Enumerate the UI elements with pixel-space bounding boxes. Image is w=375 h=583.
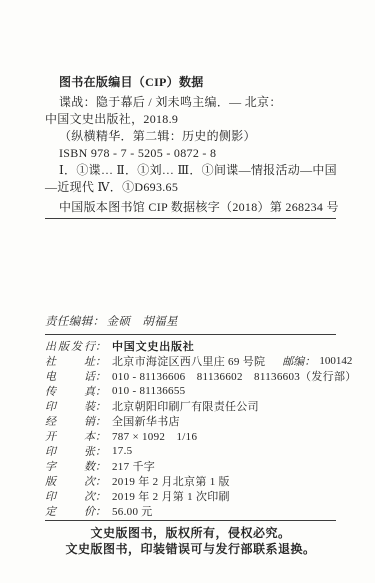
colon: ： (95, 413, 106, 429)
postal-code-label: 邮编 (282, 353, 304, 369)
cip-line-record-number: 中国版本图书馆 CIP 数据核字（2018）第 268234 号 (45, 199, 336, 216)
returns-notice: 文史版图书，印装错误可与发行部联系退换。 (45, 541, 336, 557)
colon: ： (95, 428, 106, 444)
info-value: 中国文史出版社 (112, 338, 195, 354)
postal-code: 邮编：100142 (282, 353, 352, 369)
info-label: 定价 (45, 503, 95, 519)
info-row-publisher: 出版发行：中国文史出版社 (45, 338, 336, 353)
info-value: 56.00 元 (112, 503, 153, 519)
divider (45, 218, 336, 219)
cip-line: 中国文史出版社，2018.9 (45, 111, 336, 128)
colon: ： (95, 368, 106, 384)
info-row-format: 开本：787 × 1092 1/16 (45, 428, 336, 443)
info-label: 印张 (45, 443, 95, 459)
publication-info: 出版发行：中国文史出版社 社址：北京市海淀区西八里庄 69 号院 邮编：1001… (45, 338, 336, 518)
copyright-page: { "punct": { "colon": "：" }, "cip": { "h… (0, 0, 375, 583)
info-value: 2019 年 2 月北京第 1 版 (112, 473, 230, 489)
info-value: 217 千字 (112, 458, 155, 474)
info-row-sheets: 印张：17.5 (45, 443, 336, 458)
info-label: 字数 (45, 458, 95, 474)
info-row-address: 社址：北京市海淀区西八里庄 69 号院 邮编：100142 (45, 353, 336, 368)
info-label: 版次 (45, 473, 95, 489)
info-row-phone: 电话：010 - 81136606 81136602 81136603（发行部） (45, 368, 336, 383)
info-label: 电话 (45, 368, 95, 384)
info-value: 2019 年 2 月第 1 次印刷 (112, 488, 230, 504)
editors-row: 责任编辑：金硕 胡福星 (45, 314, 336, 330)
info-label: 传真 (45, 383, 95, 399)
colon: ： (95, 488, 106, 504)
info-row-price: 定价：56.00 元 (45, 503, 336, 518)
info-row-edition: 版次：2019 年 2 月北京第 1 版 (45, 473, 336, 488)
colon: ： (95, 458, 106, 474)
cip-heading: 图书在版编目（CIP）数据 (45, 74, 336, 91)
info-row-distribution: 经销：全国新华书店 (45, 413, 336, 428)
info-value: 17.5 (112, 445, 132, 457)
colon: ： (93, 316, 105, 328)
colon: ： (95, 383, 106, 399)
divider (45, 334, 336, 335)
colon: ： (95, 473, 106, 489)
info-value: 北京朝阳印刷厂有限责任公司 (112, 398, 259, 414)
info-label: 印装 (45, 398, 95, 414)
info-value: 010 - 81136606 81136602 81136603（发行部） (112, 368, 357, 384)
colon: ： (95, 503, 106, 519)
info-value: 全国新华书店 (112, 413, 180, 429)
editors-names: 金硕 胡福星 (107, 316, 178, 328)
info-row-impression: 印次：2019 年 2 月第 1 次印刷 (45, 488, 336, 503)
colon: ： (95, 398, 106, 414)
info-value: 787 × 1092 1/16 (112, 428, 197, 444)
info-label: 印次 (45, 488, 95, 504)
postal-code-value: 100142 (319, 355, 352, 367)
cip-line-isbn: ISBN 978 - 7 - 5205 - 0872 - 8 (45, 145, 336, 162)
info-label: 社址 (45, 353, 95, 369)
cip-line: （纵横精华．第二辑：历史的侧影） (45, 128, 336, 145)
info-value: 北京市海淀区西八里庄 69 号院 (112, 353, 265, 369)
cip-line-classification: Ⅰ．①谍… Ⅱ．①刘… Ⅲ．①间谍—情报活动—中国 (45, 162, 336, 179)
colon: ： (95, 338, 106, 354)
info-row-fax: 传真：010 - 81136655 (45, 383, 336, 398)
page-content: 图书在版编目（CIP）数据 谍战：隐于幕后 / 刘未鸣主编．— 北京： 中国文史… (45, 0, 336, 557)
editors-label: 责任编辑 (45, 316, 93, 328)
info-label: 出版发行 (45, 338, 95, 354)
info-row-printing: 印装：北京朝阳印刷厂有限责任公司 (45, 398, 336, 413)
info-label: 经销 (45, 413, 95, 429)
cip-line-classification: —近现代 Ⅳ．①D693.65 (45, 179, 336, 196)
copyright-notice: 文史版图书，版权所有，侵权必究。 (45, 525, 336, 541)
colon: ： (95, 443, 106, 459)
info-row-word-count: 字数：217 千字 (45, 458, 336, 473)
notices: 文史版图书，版权所有，侵权必究。 文史版图书，印装错误可与发行部联系退换。 (45, 525, 336, 557)
cip-block: 图书在版编目（CIP）数据 谍战：隐于幕后 / 刘未鸣主编．— 北京： 中国文史… (45, 74, 336, 216)
info-value: 010 - 81136655 (112, 385, 185, 397)
cip-line: 谍战：隐于幕后 / 刘未鸣主编．— 北京： (45, 94, 336, 111)
info-label: 开本 (45, 428, 95, 444)
divider (45, 520, 336, 521)
colon: ： (95, 353, 106, 369)
colon: ： (304, 353, 315, 369)
